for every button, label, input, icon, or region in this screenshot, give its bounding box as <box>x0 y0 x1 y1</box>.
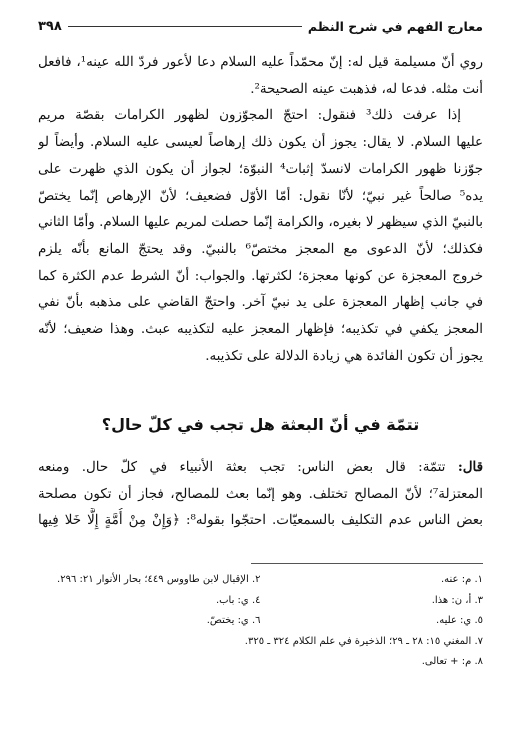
paragraph-1: روي أنّ مسيلمة قيل له: إنّ محمّداً عليه … <box>38 50 483 103</box>
footnote-text: م: + تعالى. <box>422 656 472 667</box>
paragraph-2: إذا عرفت ذلك³ فنقول: احتجّ المجوّزون لظه… <box>38 103 483 370</box>
text-line: في جانب إظهار المعجزة على يد نبيّ آخر. و… <box>38 290 483 317</box>
text-line: بالنبيّ الذي سيظهر لا بغيره، والكرامة إن… <box>38 210 483 237</box>
running-header: معارج الفهم في شرح النظم ٣٩٨ <box>38 16 483 36</box>
book-title: معارج الفهم في شرح النظم <box>308 19 483 34</box>
text-line: فكذلك؛ لأنّ الدعوى مع المعجز مختصّ⁶ بالن… <box>38 237 483 264</box>
footnote-text: المغني ١٥: ٢٨ ـ ٢٩؛ الذخيرة في علم الكلا… <box>245 636 471 647</box>
footnote-row: ١. م: عنه. ٢. الإقبال لابن طاووس ٤٤٩؛ بح… <box>38 570 483 591</box>
footnote-number: ٦ <box>255 615 260 626</box>
text-line: يجوز أن تكون الفائدة هي زيادة الدلالة عل… <box>38 344 483 371</box>
text-line: روي أنّ مسيلمة قيل له: إنّ محمّداً عليه … <box>38 50 483 77</box>
header-rule <box>68 26 302 27</box>
footnote-4: ٤. ي: باب. <box>38 591 261 612</box>
footnote-8: ٨. م: + تعالى. <box>38 652 483 673</box>
footnote-2: ٢. الإقبال لابن طاووس ٤٤٩؛ بحار الأنوار … <box>38 570 261 591</box>
footnote-number: ٨ <box>478 656 483 667</box>
section-heading: تتمّة في أنّ البعثة هل تجب في كلّ حال؟ <box>38 415 483 434</box>
footnote-number: ٢ <box>255 574 260 585</box>
section-text: قال: تتمّة: قال بعض الناس: تجب بعثة الأن… <box>38 454 483 535</box>
footnote-text: م: عنه. <box>441 574 471 585</box>
footnote-separator <box>251 563 483 564</box>
text-line: المعجز يكفي في تكذيبه؛ فإظهار المعجز علي… <box>38 317 483 344</box>
footnote-number: ٤ <box>255 595 260 606</box>
text-line: خروج المعجزة عن كونها معجزة؛ لكثرتها. وا… <box>38 264 483 291</box>
footnote-3: ٣. أ، ن: هذا. <box>261 591 484 612</box>
text-line: قال: تتمّة: قال بعض الناس: تجب بعثة الأن… <box>38 454 483 482</box>
footnotes: ١. م: عنه. ٢. الإقبال لابن طاووس ٤٤٩؛ بح… <box>38 570 483 673</box>
footnote-number: ٥ <box>478 615 483 626</box>
text-line: عليها السلام. لا يقال: يجوز أن يكون ذلك … <box>38 130 483 157</box>
footnote-text: ي: باب. <box>216 595 249 606</box>
text-line: إذا عرفت ذلك³ فنقول: احتجّ المجوّزون لظه… <box>38 103 483 130</box>
section-lead: قال: <box>458 459 483 475</box>
footnote-text: الإقبال لابن طاووس ٤٤٩؛ بحار الأنوار ٢١:… <box>57 574 249 585</box>
book-page: معارج الفهم في شرح النظم ٣٩٨ روي أنّ مسي… <box>0 0 521 738</box>
footnote-row: ٨. م: + تعالى. <box>38 652 483 673</box>
section-line-text: تتمّة: قال بعض الناس: تجب بعثة الأنبياء … <box>38 460 445 475</box>
text-line: بعض الناس عدم التكليف بالسمعيّات. احتجّو… <box>38 508 483 535</box>
text-line: المعتزلة⁷؛ لأنّ المصالح تختلف. وهو إنّما… <box>38 482 483 509</box>
footnote-row: ٥. ي: عليه. ٦. ي: يختصّ. <box>38 611 483 632</box>
footnote-row: ٣. أ، ن: هذا. ٤. ي: باب. <box>38 591 483 612</box>
footnote-number: ٣ <box>478 595 483 606</box>
footnote-row: ٧. المغني ١٥: ٢٨ ـ ٢٩؛ الذخيرة في علم ال… <box>38 632 483 653</box>
footnote-1: ١. م: عنه. <box>261 570 484 591</box>
text-line: جوّزنا ظهور الكرامات لانسدّ إثبات⁴ النبو… <box>38 157 483 184</box>
footnote-text: ي: عليه. <box>436 615 471 626</box>
footnote-5: ٥. ي: عليه. <box>261 611 484 632</box>
footnote-number: ٧ <box>478 636 483 647</box>
footnote-text: أ، ن: هذا. <box>432 595 472 606</box>
main-text: روي أنّ مسيلمة قيل له: إنّ محمّداً عليه … <box>38 50 483 370</box>
footnote-7: ٧. المغني ١٥: ٢٨ ـ ٢٩؛ الذخيرة في علم ال… <box>38 632 483 653</box>
text-line: أنت مثله. فدعا له، فذهبت عينه الصحيحة². <box>38 77 483 104</box>
footnote-6: ٦. ي: يختصّ. <box>38 611 261 632</box>
footnote-number: ١ <box>478 574 483 585</box>
footnote-text: ي: يختصّ. <box>207 615 249 626</box>
text-line: يده⁵ صالحاً غير نبيّ؛ لأنّا نقول: أمّا ا… <box>38 184 483 211</box>
page-number: ٣٩٨ <box>38 19 62 34</box>
